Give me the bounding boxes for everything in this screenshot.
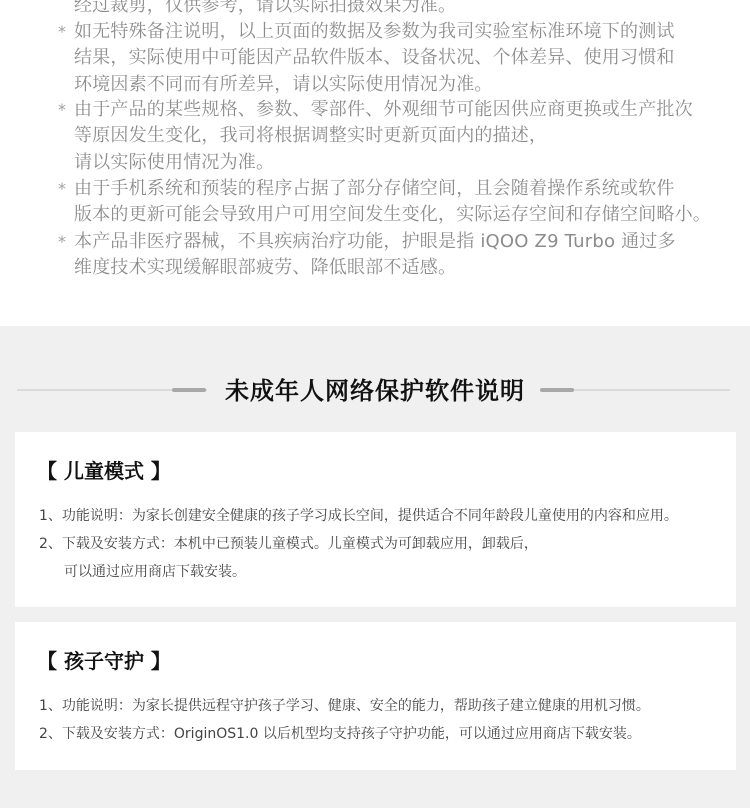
card-kids-mode: 【 儿童模式 】 1、功能说明：为家长创建安全健康的孩子学习成长空间，提供适合不…	[15, 432, 736, 607]
note-line: 维度技术实现缓解眼部疲劳、降低眼部不适感。	[58, 255, 738, 281]
note-line: 经过裁剪，仅供参考，请以实际拍摄效果为准。	[58, 0, 738, 19]
note-line: 本产品非医疗器械，不具疾病治疗功能，护眼是指 iQOO Z9 Turbo 通过多	[58, 229, 738, 255]
note-line: 由于产品的某些规格、参数、零部件、外观细节可能因供应商更换或生产批次	[58, 97, 738, 123]
note-item: * 由于产品的某些规格、参数、零部件、外观细节可能因供应商更换或生产批次 等原因…	[58, 97, 738, 176]
card-item: 1、功能说明：为家长提供远程守护孩子学习、健康、安全的能力，帮助孩子建立健康的用…	[39, 696, 650, 716]
note-item: * 由于手机系统和预装的程序占据了部分存储空间，且会随着操作系统或软件 版本的更…	[58, 176, 738, 229]
note-item: * 如无特殊备注说明，以上页面的数据及参数为我司实验室标准环境下的测试 结果，实…	[58, 19, 738, 98]
note-line: 如无特殊备注说明，以上页面的数据及参数为我司实验室标准环境下的测试	[58, 19, 738, 45]
section-title: 未成年人网络保护软件说明	[0, 376, 750, 406]
asterisk-icon: *	[58, 229, 74, 255]
card-child-guard: 【 孩子守护 】 1、功能说明：为家长提供远程守护孩子学习、健康、安全的能力，帮…	[15, 622, 736, 770]
disclaimer-notes: 经过裁剪，仅供参考，请以实际拍摄效果为准。 * 如无特殊备注说明，以上页面的数据…	[0, 0, 750, 326]
card-item: 1、功能说明：为家长创建安全健康的孩子学习成长空间，提供适合不同年龄段儿童使用的…	[39, 506, 678, 526]
note-line: 等原因发生变化，我司将根据调整实时更新页面内的描述，	[58, 123, 738, 149]
card-title: 【 孩子守护 】	[37, 648, 171, 674]
card-item: 可以通过应用商店下载安装。	[64, 562, 246, 582]
note-item: * 本产品非医疗器械，不具疾病治疗功能，护眼是指 iQOO Z9 Turbo 通…	[58, 229, 738, 282]
note-line: 版本的更新可能会导致用户可用空间发生变化，实际运存空间和存储空间略小。	[58, 202, 738, 228]
card-item: 2、下载及安装方式：本机中已预装儿童模式。儿童模式为可卸载应用，卸载后，	[39, 534, 538, 554]
note-line: 结果，实际使用中可能因产品软件版本、设备状况、个体差异、使用习惯和	[58, 45, 738, 71]
asterisk-icon: *	[58, 176, 74, 202]
minor-protection-section: 未成年人网络保护软件说明 【 儿童模式 】 1、功能说明：为家长创建安全健康的孩…	[0, 326, 750, 808]
note-line: 请以实际使用情况为准。	[58, 150, 738, 176]
note-line: 由于手机系统和预装的程序占据了部分存储空间，且会随着操作系统或软件	[58, 176, 738, 202]
card-item: 2、下载及安装方式：OriginOS1.0 以后机型均支持孩子守护功能，可以通过…	[39, 724, 641, 744]
note-item: 经过裁剪，仅供参考，请以实际拍摄效果为准。	[58, 0, 738, 19]
card-title: 【 儿童模式 】	[37, 458, 171, 484]
note-line: 环境因素不同而有所差异，请以实际使用情况为准。	[58, 72, 738, 98]
asterisk-icon: *	[58, 19, 74, 45]
asterisk-icon: *	[58, 97, 74, 123]
divider-accent-right	[540, 388, 574, 392]
section-header: 未成年人网络保护软件说明	[0, 376, 750, 406]
